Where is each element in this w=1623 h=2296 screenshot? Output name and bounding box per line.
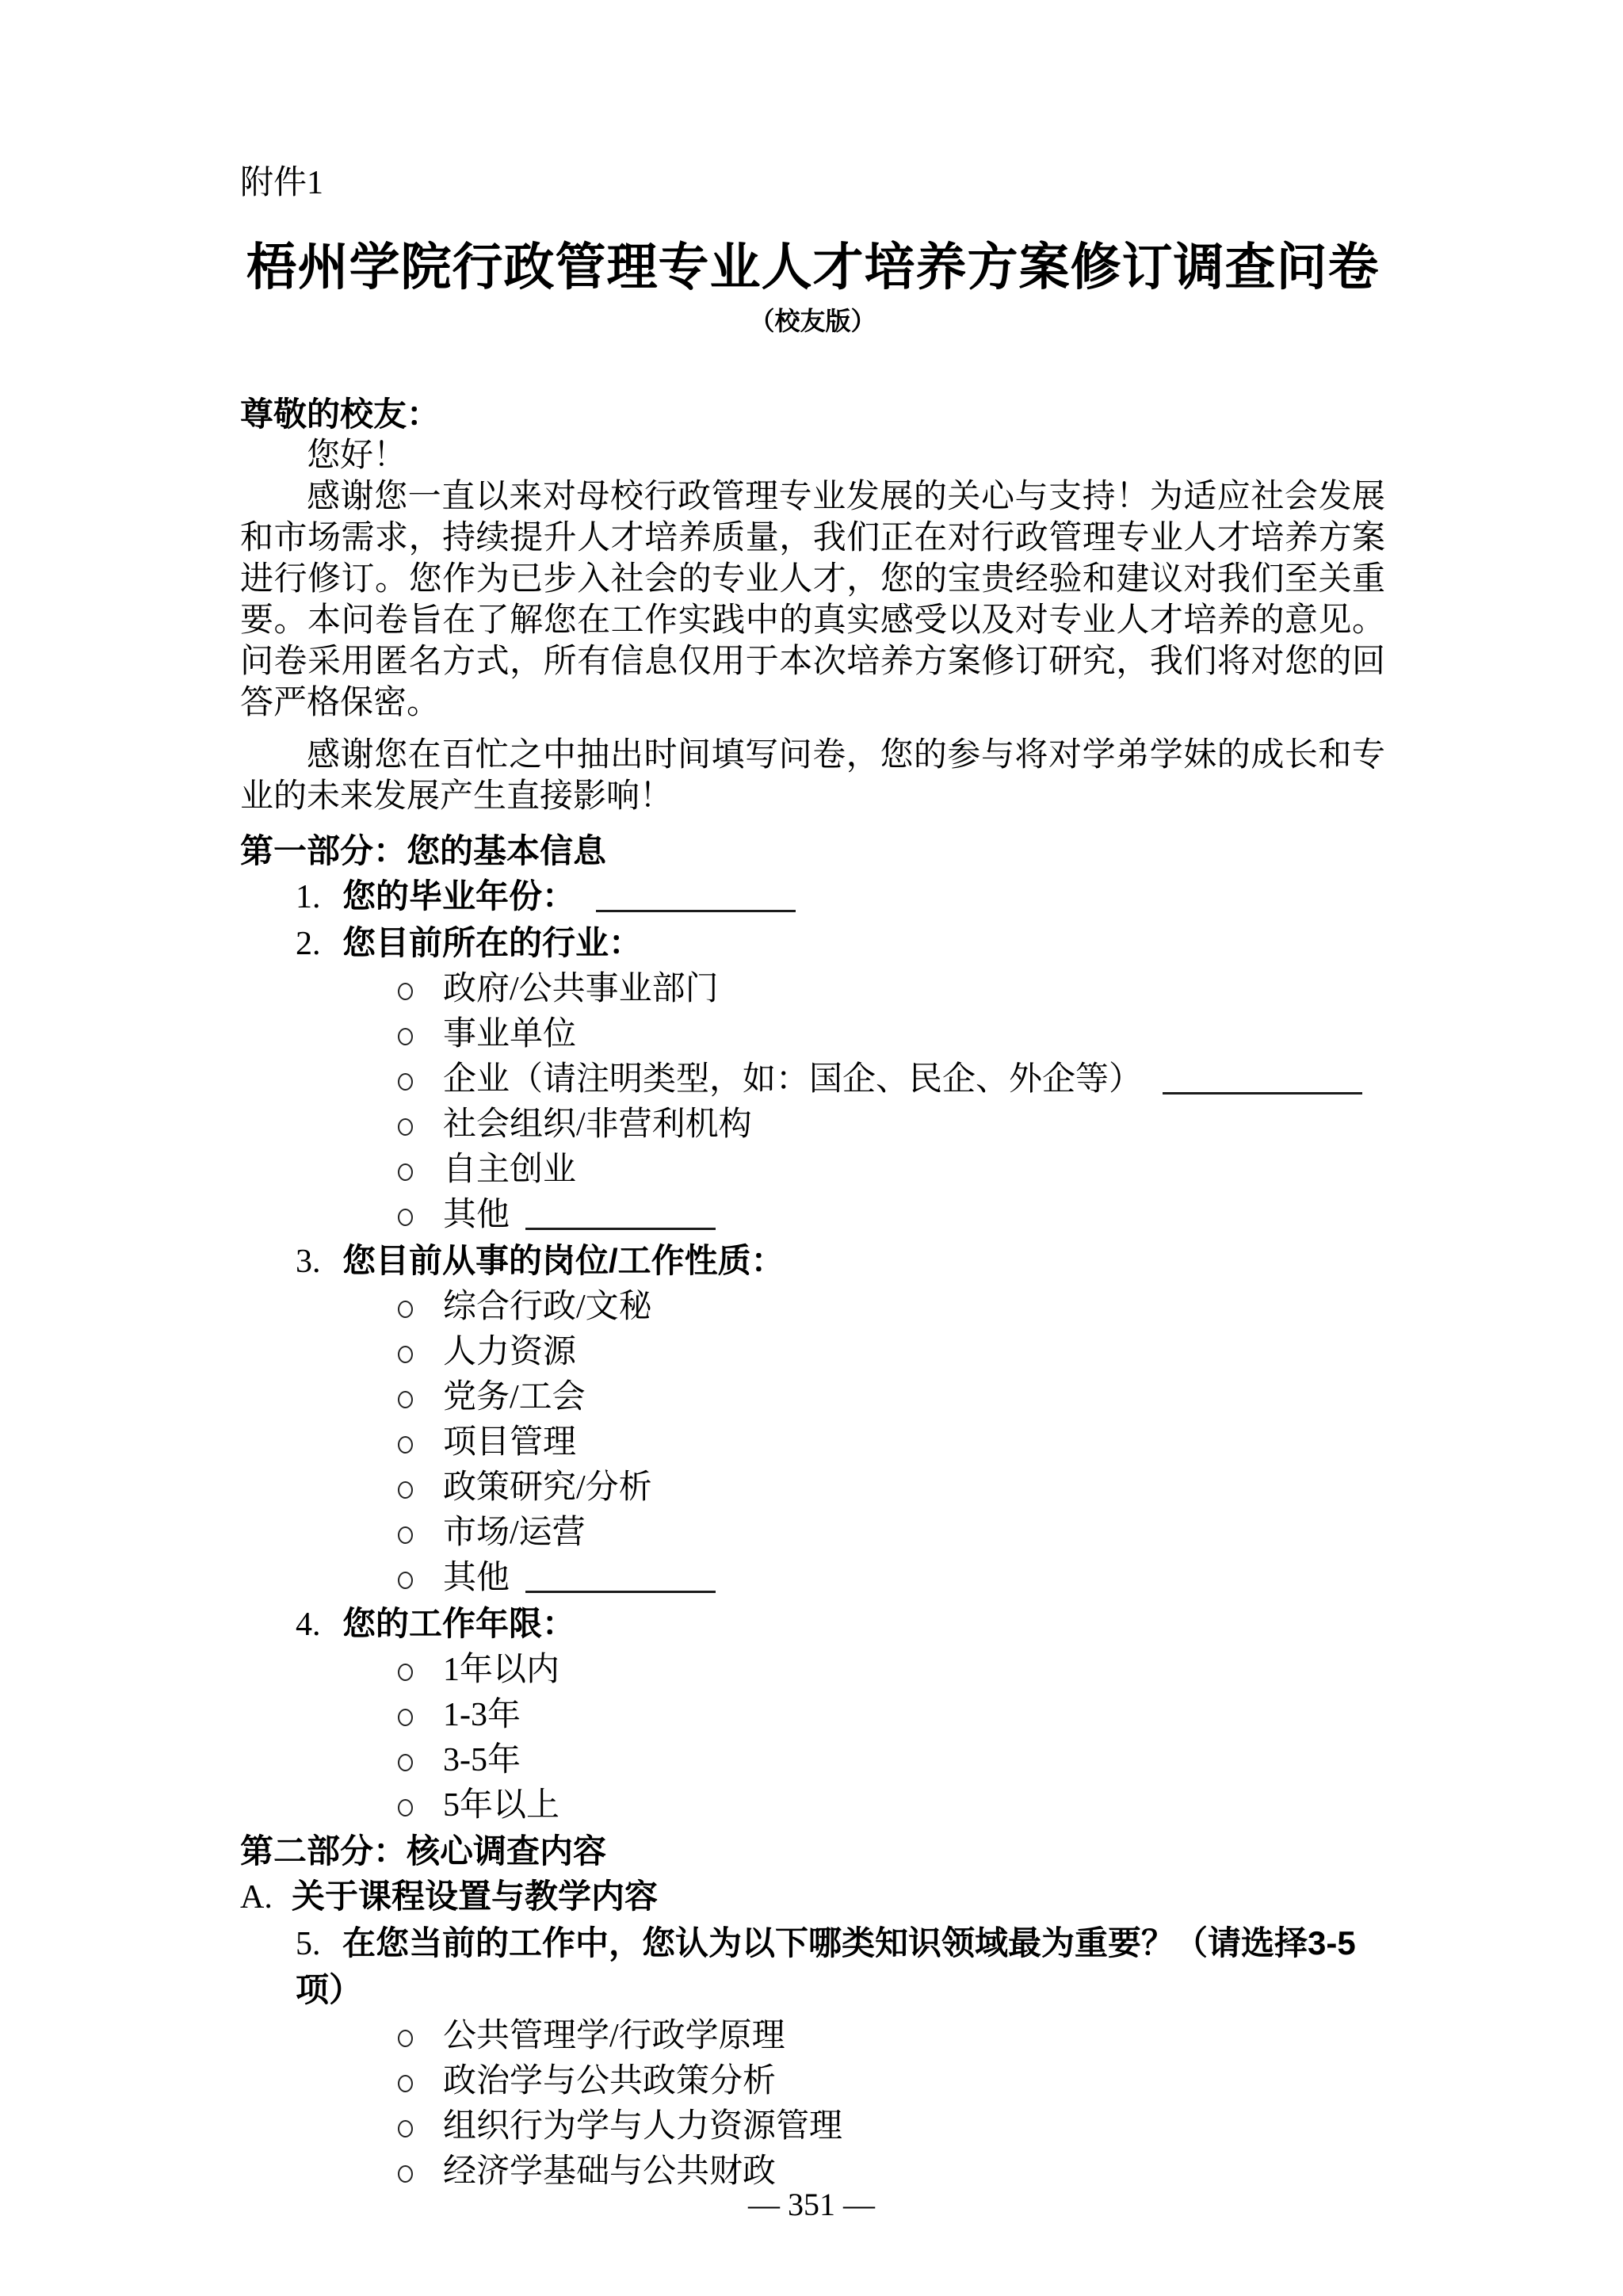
option-label: 人力资源 xyxy=(443,1334,576,1370)
question-1: 1.您的毕业年份： xyxy=(240,873,1385,920)
radio-icon[interactable] xyxy=(398,1391,413,1408)
radio-option[interactable]: 市场/运营 xyxy=(240,1511,1385,1556)
question-5-label: 在您当前的工作中，您认为以下哪类知识领域最为重要？（请选择3-5项） xyxy=(296,1924,1356,2008)
fill-in-blank[interactable] xyxy=(1163,1057,1362,1095)
option-label: 政府/公共事业部门 xyxy=(443,971,719,1007)
page-subtitle: （校友版） xyxy=(240,305,1385,337)
option-label: 政治学与公共政策分析 xyxy=(443,2063,776,2099)
radio-option[interactable]: 党务/工会 xyxy=(240,1375,1385,1420)
option-label: 事业单位 xyxy=(443,1016,576,1052)
radio-option[interactable]: 其他 xyxy=(240,1556,1385,1601)
option-label: 组织行为学与人力资源管理 xyxy=(443,2108,842,2145)
option-label: 市场/运营 xyxy=(443,1515,586,1551)
radio-icon[interactable] xyxy=(398,1799,413,1817)
option-label: 经济学基础与公共财政 xyxy=(443,2153,776,2190)
option-label: 5年以上 xyxy=(443,1787,559,1824)
radio-icon[interactable] xyxy=(398,1163,413,1181)
option-label: 其他 xyxy=(443,1197,510,1233)
radio-option[interactable]: 公共管理学/行政学原理 xyxy=(240,2014,1385,2059)
radio-icon[interactable] xyxy=(398,2165,413,2183)
radio-option[interactable]: 政府/公共事业部门 xyxy=(240,967,1385,1012)
radio-icon[interactable] xyxy=(398,1346,413,1363)
radio-option[interactable]: 组织行为学与人力资源管理 xyxy=(240,2104,1385,2149)
fill-in-blank[interactable] xyxy=(596,875,796,912)
document-page: 附件1 梧州学院行政管理专业人才培养方案修订调查问卷 （校友版） 尊敬的校友： … xyxy=(0,0,1623,2296)
page-title: 梧州学院行政管理专业人才培养方案修订调查问卷 xyxy=(240,235,1385,299)
greeting-hello: 您好！ xyxy=(240,435,1385,476)
subsection-a-label: 关于课程设置与教学内容 xyxy=(292,1878,658,1915)
radio-option[interactable]: 5年以上 xyxy=(240,1783,1385,1828)
intro-paragraph-1: 感谢您一直以来对母校行政管理专业发展的关心与支持！为适应社会发展和市场需求，持续… xyxy=(240,476,1385,724)
radio-option[interactable]: 1年以内 xyxy=(240,1648,1385,1693)
question-5: 5.在您当前的工作中，您认为以下哪类知识领域最为重要？（请选择3-5项） xyxy=(240,1920,1385,2014)
radio-icon[interactable] xyxy=(398,2075,413,2092)
fill-in-blank[interactable] xyxy=(525,1556,716,1593)
intro-paragraph-2: 感谢您在百忙之中抽出时间填写问卷，您的参与将对学弟学妹的成长和专业的未来发展产生… xyxy=(240,735,1385,817)
question-4: 4.您的工作年限： xyxy=(240,1601,1385,1648)
radio-icon[interactable] xyxy=(398,983,413,1000)
radio-option[interactable]: 事业单位 xyxy=(240,1012,1385,1057)
salutation: 尊敬的校友： xyxy=(240,394,1385,435)
section1-heading: 第一部分：您的基本信息 xyxy=(240,828,1385,873)
radio-option[interactable]: 人力资源 xyxy=(240,1330,1385,1375)
question-4-number: 4. xyxy=(296,1603,342,1648)
question-3-label: 您目前从事的岗位/工作性质： xyxy=(342,1242,785,1279)
option-label: 公共管理学/行政学原理 xyxy=(443,2018,785,2054)
radio-icon[interactable] xyxy=(398,1481,413,1499)
fill-in-blank[interactable] xyxy=(525,1193,716,1230)
subsection-a-letter: A. xyxy=(240,1875,292,1920)
radio-option[interactable]: 政治学与公共政策分析 xyxy=(240,2059,1385,2104)
radio-icon[interactable] xyxy=(398,1209,413,1226)
radio-icon[interactable] xyxy=(398,1301,413,1318)
attachment-label: 附件1 xyxy=(240,162,1385,204)
question-2-label: 您目前所在的行业： xyxy=(342,924,642,961)
question-1-number: 1. xyxy=(296,875,342,920)
option-label: 其他 xyxy=(443,1560,510,1596)
radio-option[interactable]: 其他 xyxy=(240,1193,1385,1238)
radio-option[interactable]: 自主创业 xyxy=(240,1148,1385,1193)
question-4-label: 您的工作年限： xyxy=(342,1605,575,1642)
radio-icon[interactable] xyxy=(398,1118,413,1136)
radio-icon[interactable] xyxy=(398,1073,413,1091)
radio-icon[interactable] xyxy=(398,1436,413,1454)
radio-icon[interactable] xyxy=(398,2030,413,2047)
radio-option[interactable]: 社会组织/非营利机构 xyxy=(240,1102,1385,1148)
option-label: 综合行政/文秘 xyxy=(443,1289,652,1325)
option-label: 1-3年 xyxy=(443,1697,521,1733)
option-label: 社会组织/非营利机构 xyxy=(443,1106,752,1143)
radio-icon[interactable] xyxy=(398,1028,413,1045)
option-label: 1年以内 xyxy=(443,1652,559,1688)
question-1-label: 您的毕业年份： xyxy=(342,877,575,915)
radio-icon[interactable] xyxy=(398,1709,413,1726)
radio-icon[interactable] xyxy=(398,1664,413,1681)
option-label: 党务/工会 xyxy=(443,1379,586,1415)
option-label: 企业（请注明类型，如：国企、民企、外企等） xyxy=(443,1061,1142,1098)
section2-heading: 第二部分：核心调查内容 xyxy=(240,1828,1385,1874)
radio-option[interactable]: 综合行政/文秘 xyxy=(240,1285,1385,1330)
radio-option[interactable]: 1-3年 xyxy=(240,1693,1385,1738)
radio-option[interactable]: 企业（请注明类型，如：国企、民企、外企等） xyxy=(240,1057,1385,1102)
question-2-number: 2. xyxy=(296,922,342,967)
radio-option[interactable]: 项目管理 xyxy=(240,1420,1385,1465)
radio-icon[interactable] xyxy=(398,1526,413,1544)
radio-icon[interactable] xyxy=(398,1572,413,1589)
question-3-number: 3. xyxy=(296,1240,342,1285)
question-3: 3.您目前从事的岗位/工作性质： xyxy=(240,1238,1385,1285)
subsection-a: A.关于课程设置与教学内容 xyxy=(240,1874,1385,1920)
radio-option[interactable]: 政策研究/分析 xyxy=(240,1465,1385,1511)
option-label: 政策研究/分析 xyxy=(443,1469,652,1506)
option-label: 自主创业 xyxy=(443,1152,576,1188)
radio-icon[interactable] xyxy=(398,2120,413,2137)
option-label: 3-5年 xyxy=(443,1742,521,1778)
question-2: 2.您目前所在的行业： xyxy=(240,920,1385,967)
option-label: 项目管理 xyxy=(443,1424,576,1461)
radio-icon[interactable] xyxy=(398,1754,413,1771)
radio-option[interactable]: 3-5年 xyxy=(240,1738,1385,1783)
question-5-number: 5. xyxy=(296,1922,342,1967)
page-number: — 351 — xyxy=(0,2186,1623,2224)
